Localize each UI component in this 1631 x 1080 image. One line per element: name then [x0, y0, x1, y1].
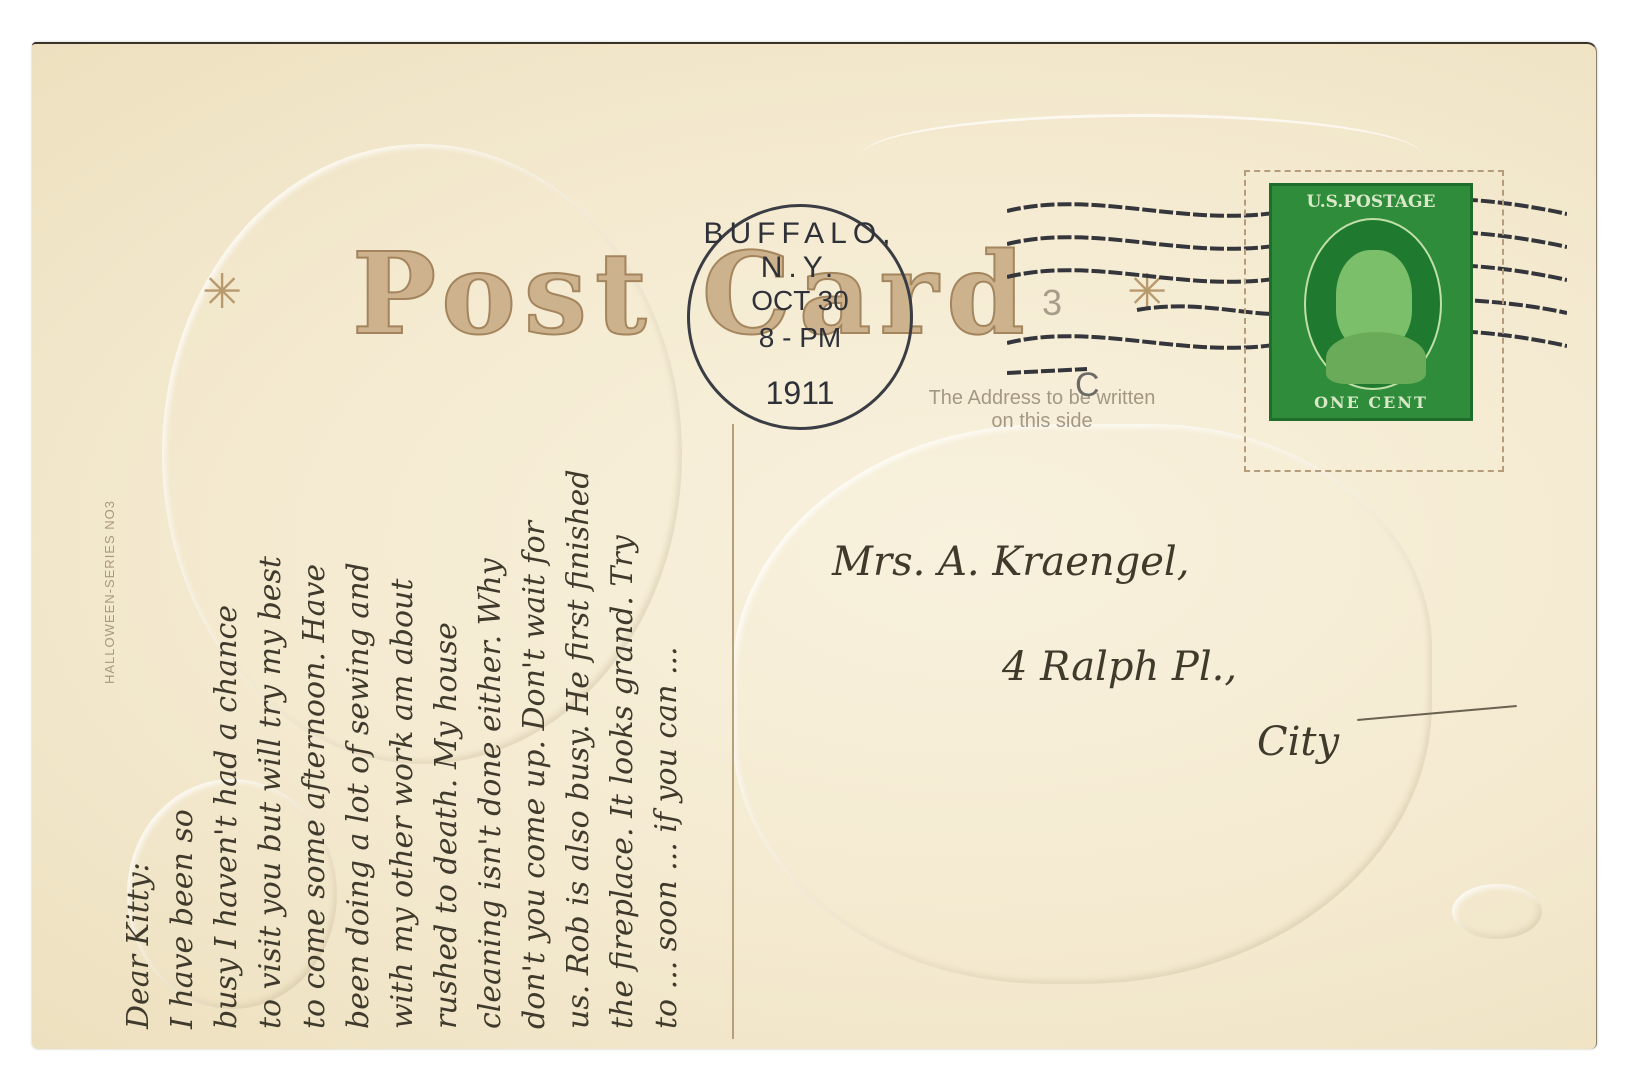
address-street: 4 Ralph Pl., — [1002, 644, 1237, 690]
embossed-ornament — [1452, 884, 1542, 939]
address-city: City — [1257, 719, 1339, 765]
portrait-shoulder-icon — [1326, 332, 1426, 384]
postmark-date: OCT 30 — [690, 285, 910, 317]
card-divider-line — [732, 424, 734, 1039]
message-line: rushed to death. My house — [425, 469, 469, 1029]
message-line: Dear Kitty: — [117, 469, 161, 1029]
message-line: don't you come up. Don't wait for — [513, 469, 557, 1029]
cancel-mark-c: C — [1075, 366, 1100, 405]
stamp-bottom-text: ONE CENT — [1272, 393, 1470, 412]
message-line: been doing a lot of sewing and — [337, 469, 381, 1029]
cancel-mark-3: 3 — [1042, 282, 1062, 324]
message-line: I have been so — [161, 469, 205, 1029]
star-ornament-icon: ✳ — [202, 269, 242, 317]
stamp-top-text: U.S.POSTAGE — [1272, 192, 1470, 212]
postmark: BUFFALO, N.Y. OCT 30 8 - PM 1911 — [687, 204, 913, 430]
message-line: busy I haven't had a chance — [205, 469, 249, 1029]
postcard: HALLOWEEN-SERIES NO3 Post Card ✳ ✳ The A… — [32, 42, 1597, 1049]
message-line: to ... soon ... if you can ... — [645, 469, 689, 1029]
message-line: us. Rob is also busy. He first finished — [557, 469, 601, 1029]
message-line: to visit you but will try my best — [249, 469, 293, 1029]
postage-stamp: U.S.POSTAGE ONE CENT — [1269, 183, 1473, 421]
series-label: HALLOWEEN-SERIES NO3 — [102, 500, 117, 684]
address-recipient: Mrs. A. Kraengel, — [832, 539, 1189, 585]
postmark-city: BUFFALO, N.Y. — [690, 217, 910, 285]
stamp-portrait-oval — [1304, 218, 1442, 390]
message-line: cleaning isn't done either. Why — [469, 469, 513, 1029]
message-line: to come some afternoon. Have — [293, 469, 337, 1029]
postmark-time: 8 - PM — [690, 322, 910, 354]
handwritten-message: Dear Kitty: I have been so busy I haven'… — [117, 469, 689, 1029]
postmark-year: 1911 — [690, 375, 910, 412]
embossed-figure — [732, 424, 1432, 984]
address-hint-line: on this side — [812, 410, 1272, 433]
message-line: with my other work am about — [381, 469, 425, 1029]
message-line: the fireplace. It looks grand. Try — [601, 469, 645, 1029]
